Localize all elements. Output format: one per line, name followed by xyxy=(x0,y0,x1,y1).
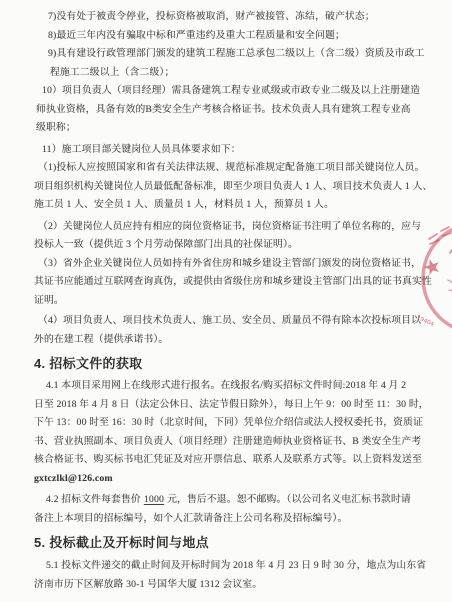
text-line: 核合格证书、购买标书电汇凭证及对应开票信息、联系人及联系方式等。以上资料发送至 xyxy=(34,451,438,470)
stamp-serial: 19404 xyxy=(416,315,435,328)
section-4-heading: 4. 招标文件的获取 xyxy=(34,355,438,373)
text-line: 济南市历下区解放路 30-1 号国华大厦 1312 会议室。 xyxy=(34,576,438,595)
text-line: 程施工二级以上（含二级）； xyxy=(34,64,438,83)
email-text: gxtczlkl@126.com xyxy=(34,470,438,489)
text-line: 级职称； xyxy=(34,119,438,138)
text-line: 4.1 本项目采用网上在线形式进行报名。在线报名/购买招标文件时间:2018 年… xyxy=(34,377,438,396)
text-line: 日至 2018 年 4 月 8 日（法定公休日、法定节假日除外），每日上午 9：… xyxy=(34,396,438,415)
text-line: 项目组织机构关键岗位人员最低配备标准，即至少项目负责人 1 人、项目技术负责人 … xyxy=(34,178,438,197)
scanned-document-page: 7)没有处于被责令停业，投标资格被取消，财产被接管、冻结，破产状态； 8)最近三… xyxy=(0,0,452,602)
text-line: （1)投标人应按照国家和省有关法律法规、规范标准规定配备施工项目部关键岗位人员。 xyxy=(34,159,438,178)
text-line: 8)最近三年内没有骗取中标和严重违约及重大工程质量和安全问题； xyxy=(34,27,438,46)
text-line: 10）项目负责人（项目经理）需具备建筑工程专业贰级或市政专业二级及以上注册建造 xyxy=(34,82,438,101)
text-line: 其证书应能通过互联网查询真伪，或提供由省级住房和城乡建设主管部门出具的证书真实性 xyxy=(34,273,438,292)
text-line: 师执业资格，具备有效的B类安全生产考核合格证书。技术负责人具有建筑工程专业高 xyxy=(34,101,438,120)
price-line-suffix: 元，售后不退。恕不邮购。（以公司名义电汇标书款时请 xyxy=(167,494,411,505)
text-line: （3）省外企业关键岗位人员如持有外省住房和城乡建设主管部门颁发的岗位资格证书， xyxy=(34,255,438,274)
text-line: （4）项目负责人、项目技术负责人、施工员、安全员、质量员不得有除本次投标项目以 xyxy=(34,312,438,331)
text-line: 7)没有处于被责令停业，投标资格被取消，财产被接管、冻结，破产状态； xyxy=(34,8,438,27)
text-line: 施工员 1 人、安全员 1 人、质量员 1 人，材料员 1 人，预算员 1 人。 xyxy=(34,196,438,215)
document-text: 7)没有处于被责令停业，投标资格被取消，财产被接管、冻结，破产状态； 8)最近三… xyxy=(34,8,438,594)
text-line: 5.1 投标文件递交的截止时间及开标时间为 2018 年 4 月 23 日 9 … xyxy=(34,557,438,576)
text-line: 11）施工项目部关键岗位人员具体要求如下： xyxy=(34,141,438,160)
text-line: 4.2 招标文件每套售价1000元，售后不退。恕不邮购。（以公司名义电汇标书款时… xyxy=(34,491,438,510)
text-line: 外的在建工程（提供承诺书）。 xyxy=(34,331,438,350)
text-line: 9)具有建设行政管理部门颁发的建筑工程施工总承包二级以上（含二级）资质及市政工 xyxy=(34,45,438,64)
section-5-heading: 5. 投标截止及开标时间与地点 xyxy=(34,534,438,552)
official-seal-stamp: ★ 19404 xyxy=(408,218,452,344)
text-line: （2）关键岗位人员应持有相应的岗位资格证书，岗位资格证书注明了单位名称的，应与 xyxy=(34,218,438,237)
price-line-prefix: 4.2 招标文件每套售价 xyxy=(46,494,141,505)
text-line: 书、营业执照副本、项目负责人（项目经理）注册建造师执业资格证书、B 类安全生产考 xyxy=(34,433,438,452)
text-line: 证明。 xyxy=(34,292,438,311)
seal-inner-marks xyxy=(448,280,452,291)
text-line: 投标人一致（提供近 3 个月劳动保障部门出具的社保证明）。 xyxy=(34,236,438,255)
ticket-price: 1000 xyxy=(141,494,167,505)
text-line: 下午 13：00 时至 16：30 时（北京时间，下同）凭单位介绍信或法人授权委… xyxy=(34,414,438,433)
text-line: 备注上本项目的招标编号，如个人汇款请备注上公司名称及招标编号）。 xyxy=(34,510,438,529)
